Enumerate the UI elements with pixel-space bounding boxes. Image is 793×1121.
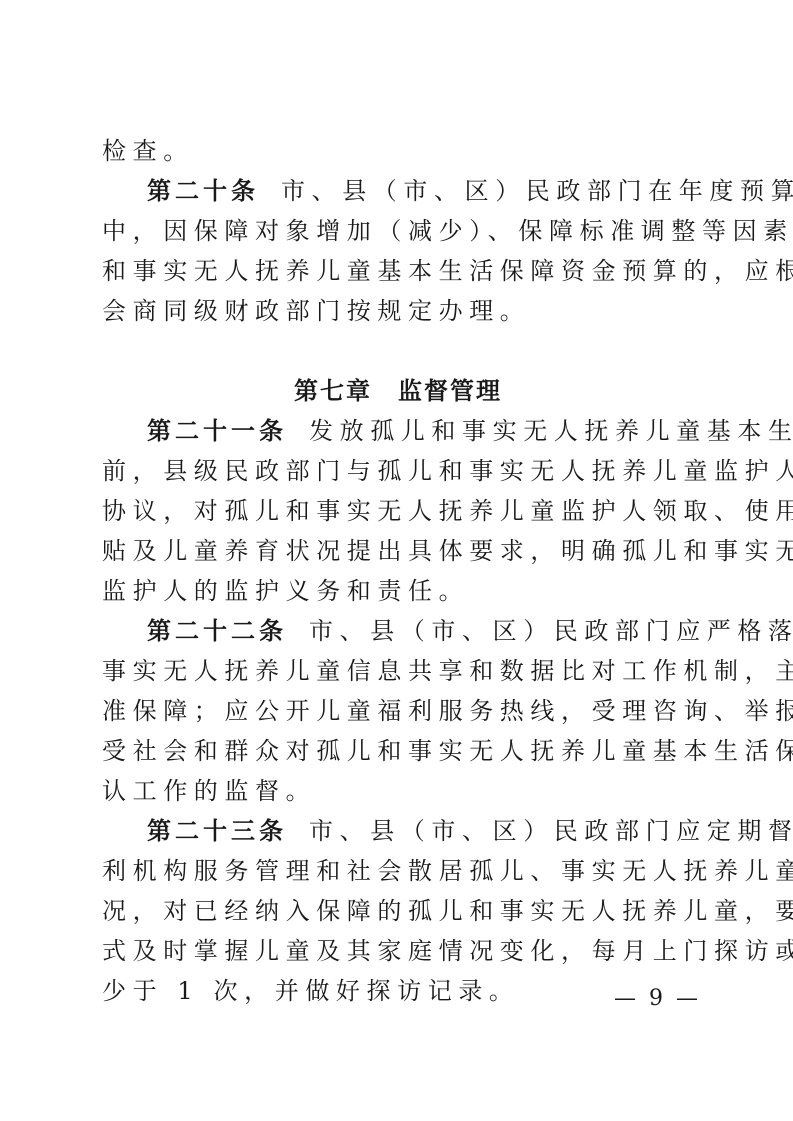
paragraph-line: 监护人的监护义务和责任。 — [102, 571, 694, 611]
paragraph-line: 会商同级财政部门按规定办理。 — [102, 291, 694, 331]
article-heading: 第二十条 — [147, 177, 259, 205]
paragraph-line: 发放孤儿和事实无人抚养儿童基本生活补贴 — [309, 417, 793, 445]
article-21: 第二十一条发放孤儿和事实无人抚养儿童基本生活补贴 前，县级民政部门与孤儿和事实无… — [102, 411, 694, 611]
article-heading: 第二十二条 — [147, 617, 287, 645]
paragraph-line: 事实无人抚养儿童信息共享和数据比对工作机制，主动发现，精 — [102, 651, 694, 691]
paragraph-line: 前，县级民政部门与孤儿和事实无人抚养儿童监护人要签订相关 — [102, 451, 694, 491]
paragraph-line: 市、县（市、区）民政部门应严格落实孤儿和 — [309, 617, 793, 645]
paragraph-line: 利机构服务管理和社会散居孤儿、事实无人抚养儿童监护养育情 — [102, 851, 694, 891]
paragraph-line: 协议，对孤儿和事实无人抚养儿童监护人领取、使用基本生活补 — [102, 491, 694, 531]
article-20: 第二十条市、县（市、区）民政部门在年度预算执行过程 中，因保障对象增加（减少）、… — [102, 171, 694, 331]
paragraph-line: 况，对已经纳入保障的孤儿和事实无人抚养儿童，要采取多种方 — [102, 891, 694, 931]
paragraph-line: 市、县（市、区）民政部门应定期督导儿童福 — [309, 817, 793, 845]
paragraph-line: 受社会和群众对孤儿和事实无人抚养儿童基本生活保障审核确 — [102, 731, 694, 771]
chapter-title: 第七章 监督管理 — [102, 371, 694, 411]
paragraph-line: 少于 1 次，并做好探访记录。 — [102, 971, 694, 1011]
paragraph-line: 中，因保障对象增加（减少）、保障标准调整等因素需调整孤儿 — [102, 211, 694, 251]
article-heading: 第二十一条 — [147, 417, 287, 445]
page-number: — 9 — — [614, 986, 701, 1011]
document-page: 检查。 第二十条市、县（市、区）民政部门在年度预算执行过程 中，因保障对象增加（… — [102, 131, 694, 1011]
article-heading: 第二十三条 — [147, 817, 287, 845]
paragraph-line: 检查。 — [102, 131, 694, 171]
paragraph-line: 准保障；应公开儿童福利服务热线，受理咨询、举报和投诉，接 — [102, 691, 694, 731]
paragraph-line: 贴及儿童养育状况提出具体要求，明确孤儿和事实无人抚养儿童 — [102, 531, 694, 571]
paragraph-line: 市、县（市、区）民政部门在年度预算执行过程 — [281, 177, 793, 205]
paragraph-line: 式及时掌握儿童及其家庭情况变化，每月上门探访或电话沟通不 — [102, 931, 694, 971]
article-23: 第二十三条市、县（市、区）民政部门应定期督导儿童福 利机构服务管理和社会散居孤儿… — [102, 811, 694, 1011]
paragraph-line: 和事实无人抚养儿童基本生活保障资金预算的，应根据实际情况 — [102, 251, 694, 291]
article-22: 第二十二条市、县（市、区）民政部门应严格落实孤儿和 事实无人抚养儿童信息共享和数… — [102, 611, 694, 811]
paragraph-line: 认工作的监督。 — [102, 771, 694, 811]
